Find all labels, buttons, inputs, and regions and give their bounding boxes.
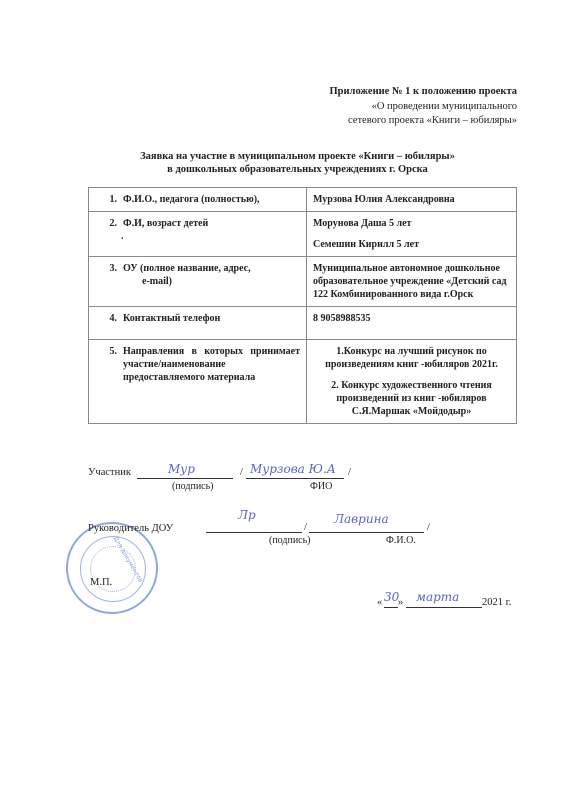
separator: /	[348, 467, 351, 478]
row-number: 5.	[95, 345, 117, 384]
date-close-quote: »	[398, 597, 403, 608]
participant-signature: Мур	[168, 462, 195, 476]
row-number: 1.	[95, 193, 117, 206]
table-row: 2.Ф.И, возраст детей . Морунова Даша 5 л…	[89, 212, 517, 257]
appendix-header: Приложение № 1 к положению проекта «О пр…	[330, 85, 518, 129]
row-value: Мурзова Юлия Александровна	[307, 188, 517, 212]
table-row: 3.ОУ (полное название, адрес, e-mail) Му…	[89, 257, 517, 307]
child-1: Морунова Даша 5 лет	[313, 217, 510, 230]
date-open-quote: «	[377, 597, 382, 608]
contest-2: 2. Конкурс художественного чтения произв…	[313, 379, 510, 418]
table-row: 5. Направления в которых принимает участ…	[89, 340, 517, 424]
row-label: 5. Направления в которых принимает участ…	[89, 340, 307, 424]
participant-caption-name: ФИО	[310, 481, 332, 492]
row-number: 2.	[95, 217, 117, 230]
row-number: 4.	[95, 312, 117, 325]
head-name-line	[309, 532, 424, 533]
row-label: 4.Контактный телефон	[89, 307, 307, 340]
date-month: марта	[416, 590, 459, 604]
row-label-text-2: e-mail)	[95, 275, 300, 288]
row-label: 2.Ф.И, возраст детей .	[89, 212, 307, 257]
head-name-handwritten: Лаврина	[334, 512, 389, 526]
title-line-2: в дошкольных образовательных учреждениях…	[30, 163, 565, 176]
head-signature-line	[206, 532, 302, 533]
separator: /	[304, 522, 307, 533]
head-signature: Лр	[238, 508, 256, 522]
row-label-text: ОУ (полное название, адрес,	[123, 262, 251, 275]
document-title: Заявка на участие в муниципальном проект…	[0, 150, 565, 176]
row-label-text: Ф.И, возраст детей	[123, 217, 208, 230]
date-day: 30	[384, 590, 399, 604]
appendix-line-2: «О проведении муниципального	[330, 100, 518, 115]
separator: /	[427, 522, 430, 533]
contest-1: 1.Конкурс на лучший рисунок по произведе…	[313, 345, 510, 371]
participant-name-line	[246, 478, 344, 479]
row-label-text: Ф.И.О., педагога (полностью),	[123, 193, 260, 206]
participant-caption-signature: (подпись)	[172, 481, 214, 492]
row-label: 3.ОУ (полное название, адрес, e-mail)	[89, 257, 307, 307]
application-table: 1.Ф.И.О., педагога (полностью), Мурзова …	[88, 187, 517, 424]
table-row: 1.Ф.И.О., педагога (полностью), Мурзова …	[89, 188, 517, 212]
participant-signature-line	[137, 478, 233, 479]
separator: /	[240, 467, 243, 478]
date-month-line	[406, 607, 482, 608]
row-label-text: Направления в которых принимает участие/…	[123, 345, 300, 384]
appendix-line-3: сетевого проекта «Книги – юбиляры»	[330, 114, 518, 129]
appendix-line-1: Приложение № 1 к положению проекта	[330, 85, 518, 100]
participant-name-handwritten: Мурзова Ю.А	[250, 462, 336, 476]
title-line-1: Заявка на участие в муниципальном проект…	[30, 150, 565, 163]
row-value: 8 9058988535	[307, 307, 517, 340]
table-row: 4.Контактный телефон 8 9058988535	[89, 307, 517, 340]
head-label: Руководитель ДОУ	[88, 523, 173, 534]
participant-label: Участник	[88, 467, 131, 478]
child-2: Семешин Кирилл 5 лет	[313, 238, 510, 251]
row-number: 3.	[95, 262, 117, 275]
date-year: 2021 г.	[482, 597, 511, 608]
row-label: 1.Ф.И.О., педагога (полностью),	[89, 188, 307, 212]
head-caption-signature: (подпись)	[269, 535, 311, 546]
stamp-place-label: М.П.	[90, 577, 112, 588]
row-label-extra: .	[95, 230, 300, 243]
row-value: Морунова Даша 5 лет Семешин Кирилл 5 лет	[307, 212, 517, 257]
row-value: Муниципальное автономное дошкольное обра…	[307, 257, 517, 307]
date-day-line	[384, 607, 398, 608]
head-caption-name: Ф.И.О.	[386, 535, 416, 546]
row-value: 1.Конкурс на лучший рисунок по произведе…	[307, 340, 517, 424]
row-label-text: Контактный телефон	[123, 312, 220, 325]
official-stamp: Для документов	[66, 522, 158, 614]
